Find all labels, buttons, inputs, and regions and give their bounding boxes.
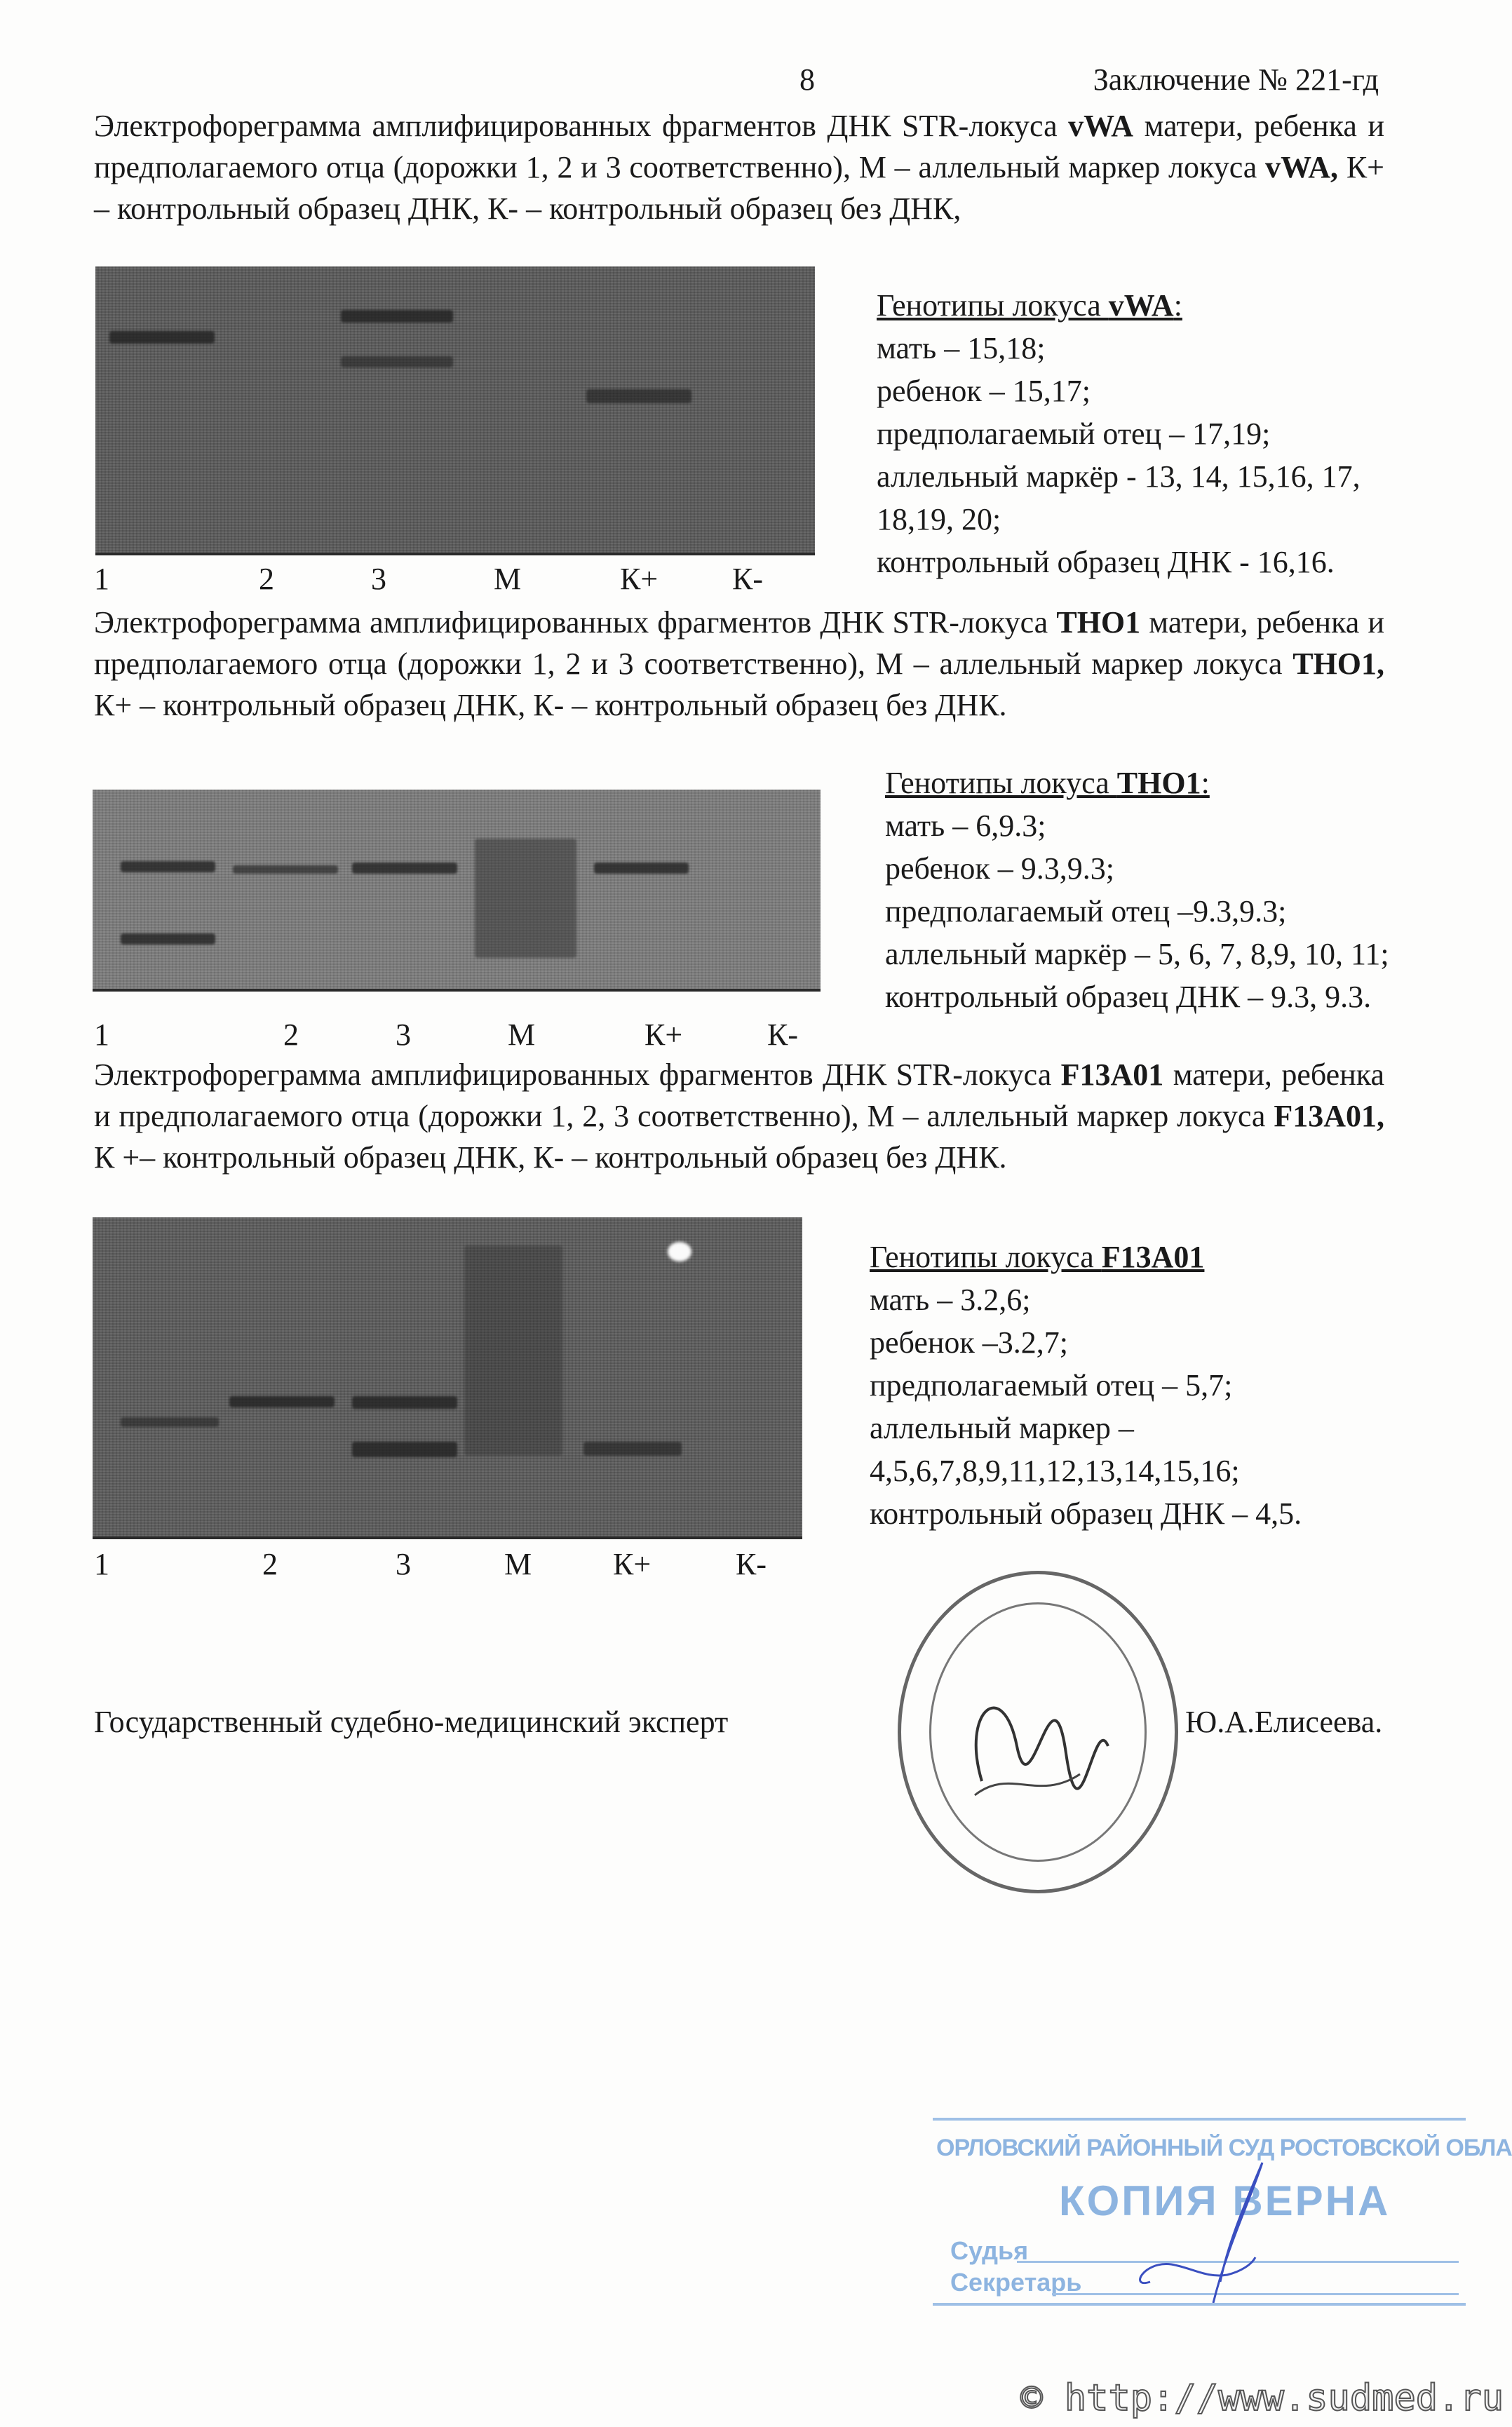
locus-name: F13A01 — [1061, 1057, 1164, 1092]
genotype-line: предполагаемый отец – 5,7; — [870, 1364, 1302, 1407]
expert-name: Ю.А.Елисеева. — [1185, 1704, 1382, 1740]
locus-name: THO1 — [1056, 605, 1140, 640]
genotype-line: аллельный маркер – — [870, 1407, 1302, 1449]
genotype-line: контрольный образец ДНК - 16,16. — [877, 541, 1361, 583]
gel-image-vwa — [95, 266, 815, 555]
genotype-line: контрольный образец ДНК – 9.3, 9.3. — [885, 975, 1389, 1018]
glare-spot — [668, 1242, 691, 1262]
caption-f13a01: Электрофореграмма амплифицированных фраг… — [94, 1054, 1384, 1178]
caption-tho1: Электрофореграмма амплифицированных фраг… — [94, 602, 1384, 726]
locus-name: vWA — [1068, 109, 1133, 143]
genotypes-tho1: Генотипы локуса THO1: мать – 6,9.3; ребе… — [885, 762, 1389, 1018]
genotype-line: мать – 6,9.3; — [885, 804, 1389, 847]
locus-name: vWA, — [1265, 150, 1338, 184]
conclusion-number: Заключение № 221-гд — [1093, 62, 1379, 97]
genotype-line: аллельный маркёр – 5, 6, 7, 8,9, 10, 11; — [885, 933, 1389, 975]
expert-position: Государственный судебно-медицинский эксп… — [94, 1704, 728, 1740]
signature-scribble-icon — [898, 1571, 1178, 1893]
gel-image-f13a01 — [93, 1217, 802, 1539]
watermark: © http://www.sudmed.ru — [1020, 2377, 1504, 2419]
genotype-line: 4,5,6,7,8,9,11,12,13,14,15,16; — [870, 1449, 1302, 1492]
genotype-line: предполагаемый отец – 17,19; — [877, 412, 1361, 455]
lane-labels-tho1: 1 2 3 М К+ К- — [94, 1017, 795, 1052]
caption-vwa: Электрофореграмма амплифицированных фраг… — [94, 105, 1384, 229]
genotype-line: ребенок – 15,17; — [877, 370, 1361, 412]
genotype-line: ребенок – 9.3,9.3; — [885, 847, 1389, 890]
genotypes-title: Генотипы локуса F13A01 — [870, 1236, 1302, 1278]
genotype-line: 18,19, 20; — [877, 498, 1361, 541]
lane-labels-f13a01: 1 2 3 М К+ К- — [94, 1546, 795, 1581]
genotype-line: предполагаемый отец –9.3,9.3; — [885, 890, 1389, 933]
genotypes-f13a01: Генотипы локуса F13A01 мать – 3.2,6; реб… — [870, 1236, 1302, 1535]
genotype-line: ребенок –3.2,7; — [870, 1321, 1302, 1364]
genotype-line: контрольный образец ДНК – 4,5. — [870, 1492, 1302, 1535]
locus-name: THO1, — [1292, 647, 1384, 681]
court-copy-stamp: ОРЛОВСКИЙ РАЙОННЫЙ СУД РОСТОВСКОЙ ОБЛАСТ… — [933, 2118, 1466, 2306]
lane-labels-vwa: 1 2 3 М К+ К- — [94, 561, 795, 596]
locus-name: F13A01, — [1274, 1099, 1384, 1133]
genotype-line: аллельный маркёр - 13, 14, 15,16, 17, — [877, 455, 1361, 498]
gel-image-tho1 — [93, 790, 821, 992]
genotype-line: мать – 3.2,6; — [870, 1278, 1302, 1321]
genotypes-title: Генотипы локуса THO1: — [885, 762, 1389, 804]
genotypes-vwa: Генотипы локуса vWA: мать – 15,18; ребен… — [877, 284, 1361, 583]
genotype-line: мать – 15,18; — [877, 327, 1361, 370]
blue-signature-icon — [933, 2121, 1466, 2303]
page-number: 8 — [799, 62, 815, 97]
round-seal-stamp — [898, 1571, 1178, 1893]
genotypes-title: Генотипы локуса vWA: — [877, 284, 1361, 327]
